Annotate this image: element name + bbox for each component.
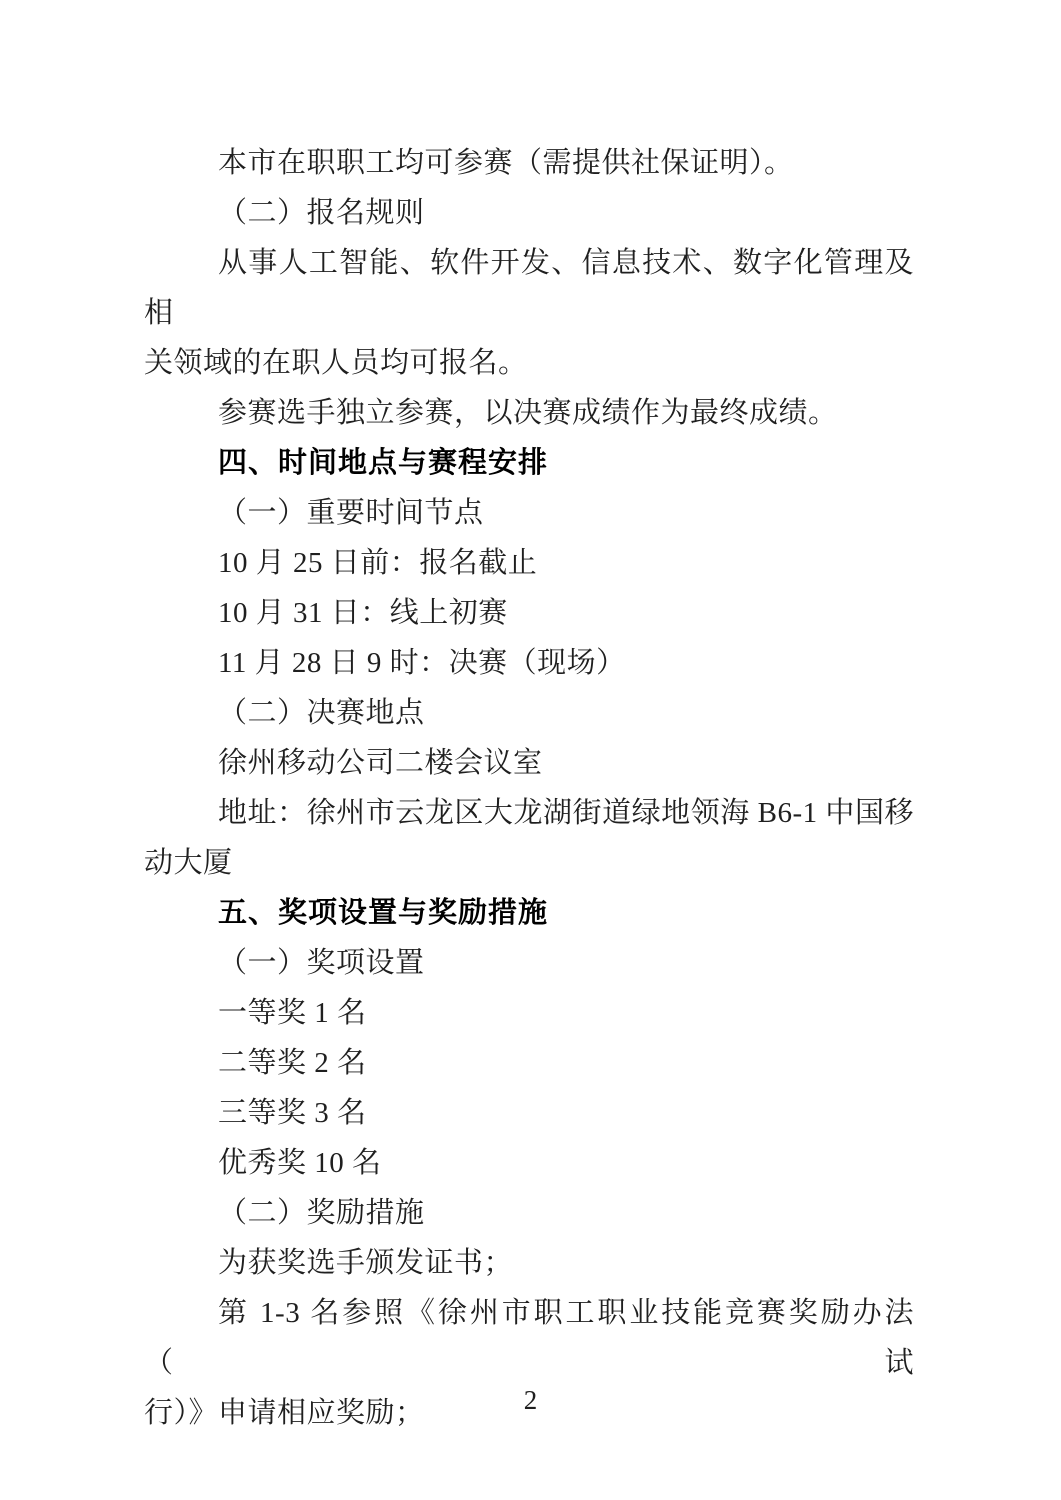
subsection-final-venue: （二）决赛地点 <box>144 688 914 738</box>
incentive-certificate: 为获奖选手颁发证书； <box>144 1238 914 1288</box>
subsection-key-dates: （一）重要时间节点 <box>144 488 914 538</box>
incentive-policy-line-1: 第 1-3 名参照《徐州市职工职业技能竞赛奖励办法（试 <box>144 1288 914 1388</box>
section-4-heading: 四、时间地点与赛程安排 <box>144 438 914 488</box>
document-page: 本市在职职工均可参赛（需提供社保证明）。 （二）报名规则 从事人工智能、软件开发… <box>0 0 1061 1500</box>
award-second-prize: 二等奖 2 名 <box>144 1038 914 1088</box>
subsection-incentives: （二）奖励措施 <box>144 1188 914 1238</box>
award-third-prize: 三等奖 3 名 <box>144 1088 914 1138</box>
registration-scope-line-1: 从事人工智能、软件开发、信息技术、数字化管理及相 <box>144 238 914 338</box>
venue-name: 徐州移动公司二楼会议室 <box>144 738 914 788</box>
award-excellence-prize: 优秀奖 10 名 <box>144 1138 914 1188</box>
section-5-heading: 五、奖项设置与奖励措施 <box>144 888 914 938</box>
award-first-prize: 一等奖 1 名 <box>144 988 914 1038</box>
subsection-registration-rules: （二）报名规则 <box>144 188 914 238</box>
subsection-award-setup: （一）奖项设置 <box>144 938 914 988</box>
individual-competition-note: 参赛选手独立参赛，以决赛成绩作为最终成绩。 <box>144 388 914 438</box>
venue-address-line-2: 动大厦 <box>144 838 914 888</box>
page-number: 2 <box>0 1383 1061 1417</box>
document-body: 本市在职职工均可参赛（需提供社保证明）。 （二）报名规则 从事人工智能、软件开发… <box>144 138 914 1438</box>
registration-scope-line-2: 关领域的在职人员均可报名。 <box>144 338 914 388</box>
date-online-preliminary: 10 月 31 日：线上初赛 <box>144 588 914 638</box>
date-registration-deadline: 10 月 25 日前：报名截止 <box>144 538 914 588</box>
date-final-onsite: 11 月 28 日 9 时：决赛（现场） <box>144 638 914 688</box>
eligibility-note: 本市在职职工均可参赛（需提供社保证明）。 <box>144 138 914 188</box>
venue-address-line-1: 地址：徐州市云龙区大龙湖街道绿地领海 B6-1 中国移 <box>144 788 914 838</box>
